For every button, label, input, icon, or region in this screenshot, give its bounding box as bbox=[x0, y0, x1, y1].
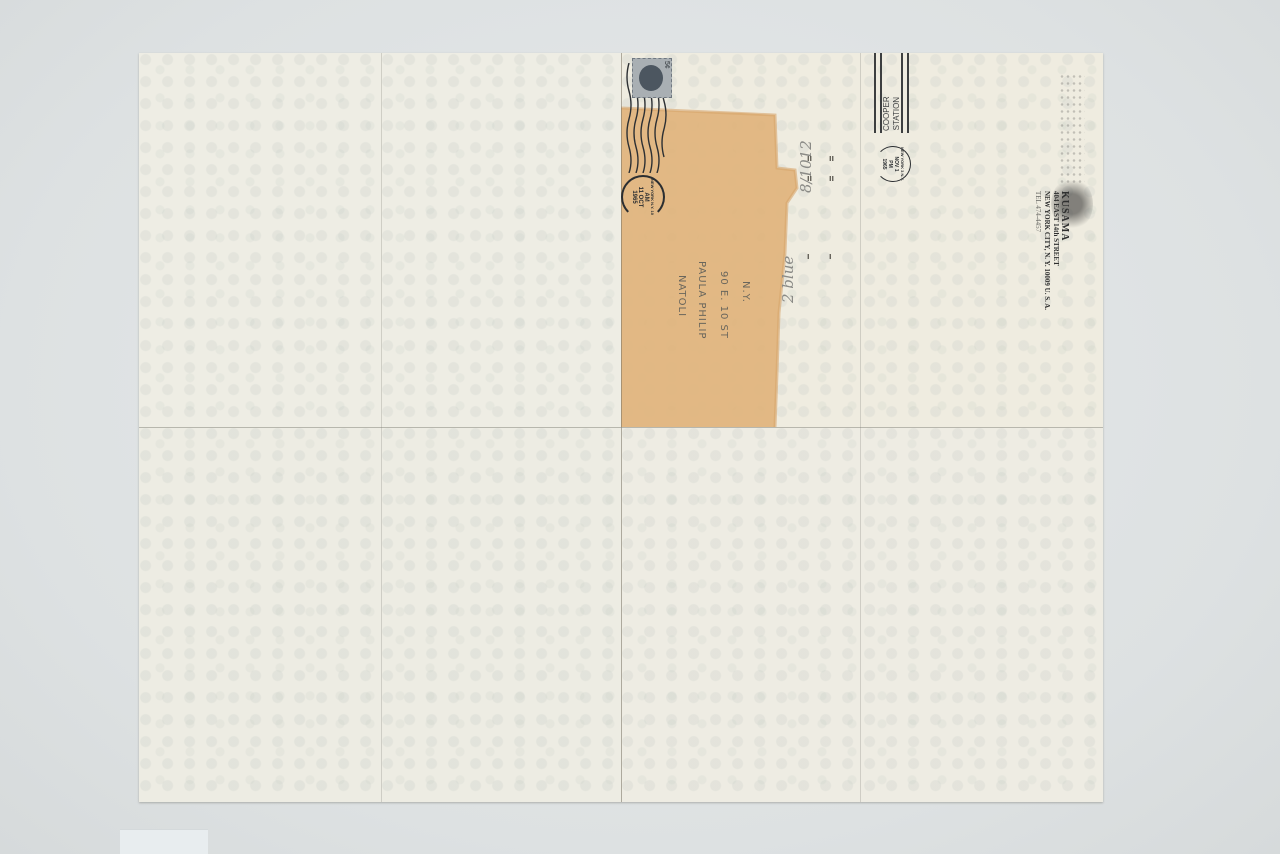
folded-letter-sheet: 5¢ NEW YORK N.Y. 10 AM 11 OCT 1965 NATOL… bbox=[139, 53, 1103, 802]
pencil-tick: ıı bbox=[829, 153, 834, 163]
cooper-station-cancel: COOPER STATION bbox=[871, 53, 911, 133]
color-reference-card bbox=[120, 829, 208, 854]
fold-line-horizontal bbox=[139, 427, 1103, 428]
postage-stamp: 5¢ bbox=[632, 58, 672, 98]
panel-right-bottom bbox=[621, 427, 1103, 802]
postmark-sending: NEW YORK 3 N.Y. NOV 1 PM 1965 bbox=[875, 146, 911, 182]
stamp-portrait-icon bbox=[639, 65, 663, 91]
pencil-note-blue: 2 blue bbox=[779, 256, 797, 303]
pencil-tick: ıı bbox=[829, 173, 834, 183]
postmark-receiving: NEW YORK N.Y. 10 AM 11 OCT 1965 bbox=[621, 175, 665, 219]
recipient-line-1: NATOLI bbox=[676, 275, 687, 317]
recipient-line-4: N.Y. bbox=[740, 281, 751, 303]
recipient-line-3: 90 E. 10 ST bbox=[718, 271, 729, 339]
sender-return-address: KUSAMA 404 EAST 14th STREET NEW YORK CIT… bbox=[1033, 191, 1069, 310]
ink-speckle bbox=[1059, 73, 1085, 183]
pencil-tick: ıı bbox=[807, 153, 812, 163]
panel-left-bottom bbox=[139, 427, 621, 802]
panel-left-top bbox=[139, 53, 621, 427]
pencil-tick: ı bbox=[829, 251, 832, 261]
pencil-tick: ı bbox=[807, 251, 810, 261]
pencil-note-number: 8/1012 bbox=[797, 140, 815, 193]
recipient-line-2: PAULA PHILIP bbox=[696, 261, 707, 339]
pencil-tick: ıı bbox=[807, 173, 812, 183]
stamp-value: 5¢ bbox=[663, 61, 670, 69]
